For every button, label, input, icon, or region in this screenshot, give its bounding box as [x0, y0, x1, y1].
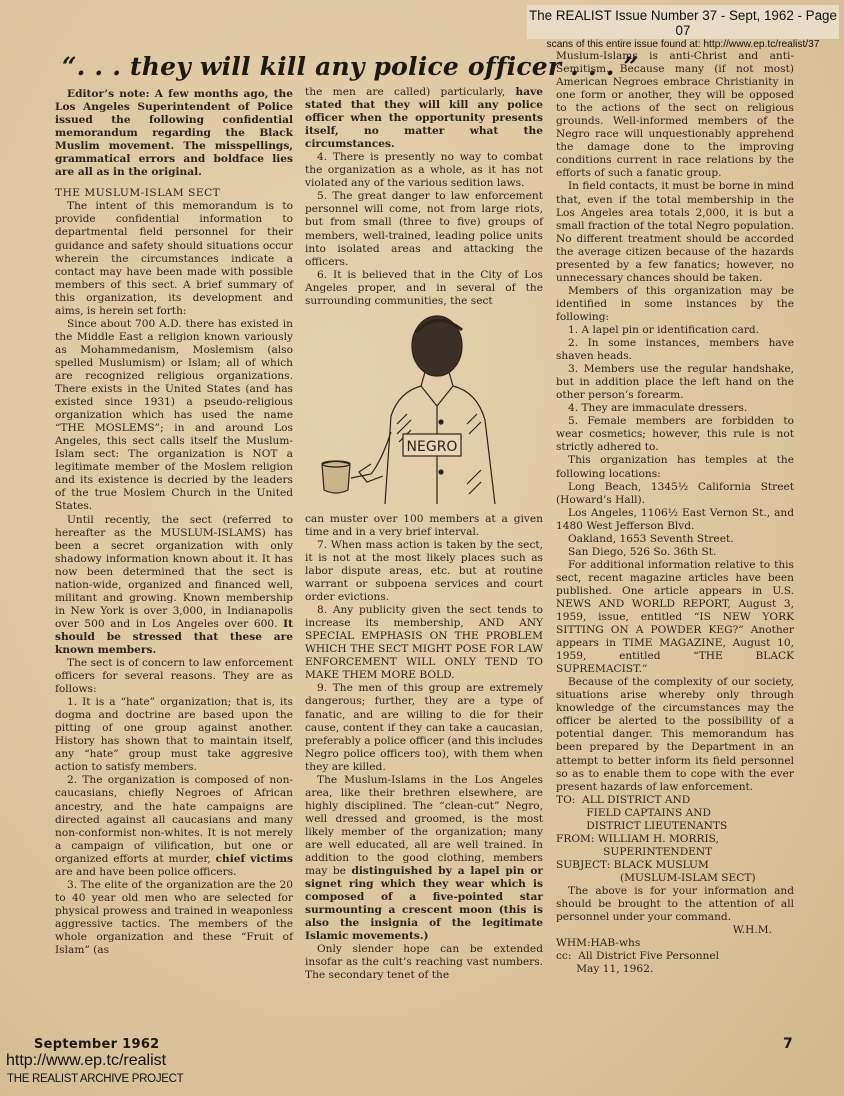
editors-note: Editor’s note: A few months ago, the Los… [55, 88, 293, 179]
paragraph-text: are and have been police officers. [55, 866, 236, 878]
list-item: 5. The great danger to law enforcement p… [305, 190, 543, 268]
list-item: 2. The organization is composed of non-c… [55, 774, 293, 878]
temple-location: Long Beach, 1345½ California Street (How… [556, 481, 794, 507]
paragraph: the men are called) particularly, have s… [305, 86, 543, 151]
archive-project-label: THE REALIST ARCHIVE PROJECT [7, 1073, 183, 1085]
list-item: 9. The men of this group are extremely d… [305, 682, 543, 773]
paragraph: This organization has temples at the fol… [556, 454, 794, 480]
paragraph: For additional information relative to t… [556, 559, 794, 676]
column-3: Muslum-Islams is anti-Christ and anti-Se… [556, 50, 794, 976]
paragraph: can muster over 100 members at a given t… [305, 513, 543, 539]
list-item: 1. A lapel pin or identification card. [556, 324, 794, 337]
memo-reference: WHM:HAB-whs [556, 937, 794, 950]
temple-location: Oakland, 1653 Seventh Street. [556, 533, 794, 546]
bold-text: chief victims [216, 853, 293, 865]
man-with-sign-illustration: NEGRO [317, 314, 517, 509]
memo-from: SUPERINTENDENT [556, 846, 794, 859]
illustration-sign-text: NEGRO [407, 439, 458, 455]
list-item: 4. They are immaculate dressers. [556, 402, 794, 415]
paragraph: Until recently, the sect (referred to he… [55, 514, 293, 658]
cartoon-illustration: NEGRO [305, 314, 543, 509]
temple-location: San Diego, 526 So. 36th St. [556, 546, 794, 559]
memo-to: FIELD CAPTAINS AND [556, 807, 794, 820]
paragraph: The Muslum-Islams in the Los Angeles are… [305, 774, 543, 944]
paragraph-text: 2. The organization is composed of non-c… [55, 774, 293, 864]
archive-url[interactable]: http://www.ep.tc/realist [6, 1052, 166, 1070]
list-item: 8. Any publicity given the sect tends to… [305, 604, 543, 682]
temple-location: Los Angeles, 1106½ East Vernon St., and … [556, 507, 794, 533]
list-item: 6. It is believed that in the City of Lo… [305, 269, 543, 308]
list-item: 4. There is presently no way to combat t… [305, 151, 543, 190]
section-heading: THE MUSLUM-ISLAM SECT [55, 187, 293, 200]
paragraph: The above is for your information and sh… [556, 885, 794, 924]
list-item: 3. Members use the regular handshake, bu… [556, 363, 794, 402]
list-item: 3. The elite of the organization are the… [55, 879, 293, 957]
memo-date: May 11, 1962. [556, 963, 794, 976]
column-1: Editor’s note: A few months ago, the Los… [55, 88, 293, 957]
archive-banner: The REALIST Issue Number 37 - Sept, 1962… [527, 5, 839, 39]
paragraph: Since about 700 A.D. there has existed i… [55, 318, 293, 514]
list-item: 2. In some instances, members have shave… [556, 337, 794, 363]
memo-subject: (MUSLUM-ISLAM SECT) [556, 872, 794, 885]
archive-banner-title: The REALIST Issue Number 37 - Sept, 1962… [527, 5, 839, 39]
list-item: 5. Female members are forbidden to wear … [556, 415, 794, 454]
paragraph: Only slender hope can be extended insofa… [305, 943, 543, 982]
article-headline: “. . . they will kill any police officer… [62, 52, 542, 81]
paragraph-text: The Muslum-Islams in the Los Angeles are… [305, 774, 543, 877]
paragraph: The sect is of concern to law enforcemen… [55, 657, 293, 696]
archive-banner-subtitle: scans of this entire issue found at: htt… [527, 39, 839, 51]
memo-from: FROM: WILLIAM H. MORRIS, [556, 833, 794, 846]
paragraph-text: the men are called) particularly, [305, 86, 516, 98]
issue-date: September 1962 [34, 1037, 160, 1052]
memo-subject: SUBJECT: BLACK MUSLUM [556, 859, 794, 872]
paragraph: Muslum-Islams is anti-Christ and anti-Se… [556, 50, 794, 180]
page-number: 7 [783, 1036, 793, 1052]
paragraph: Members of this organization may be iden… [556, 285, 794, 324]
paragraph: Because of the complexity of our society… [556, 676, 794, 793]
paragraph-text: Until recently, the sect (referred to he… [55, 514, 293, 630]
list-item: 1. It is a “hate” organization; that is,… [55, 696, 293, 774]
paragraph: In field contacts, it must be borne in m… [556, 180, 794, 284]
memo-initials: W.H.M. [556, 924, 794, 937]
column-2: the men are called) particularly, have s… [305, 86, 543, 982]
memo-to: TO: ALL DISTRICT AND [556, 794, 794, 807]
memo-to: DISTRICT LIEUTENANTS [556, 820, 794, 833]
paragraph: The intent of this memorandum is to prov… [55, 200, 293, 317]
memo-cc: cc: All District Five Personnel [556, 950, 794, 963]
list-item: 7. When mass action is taken by the sect… [305, 539, 543, 604]
